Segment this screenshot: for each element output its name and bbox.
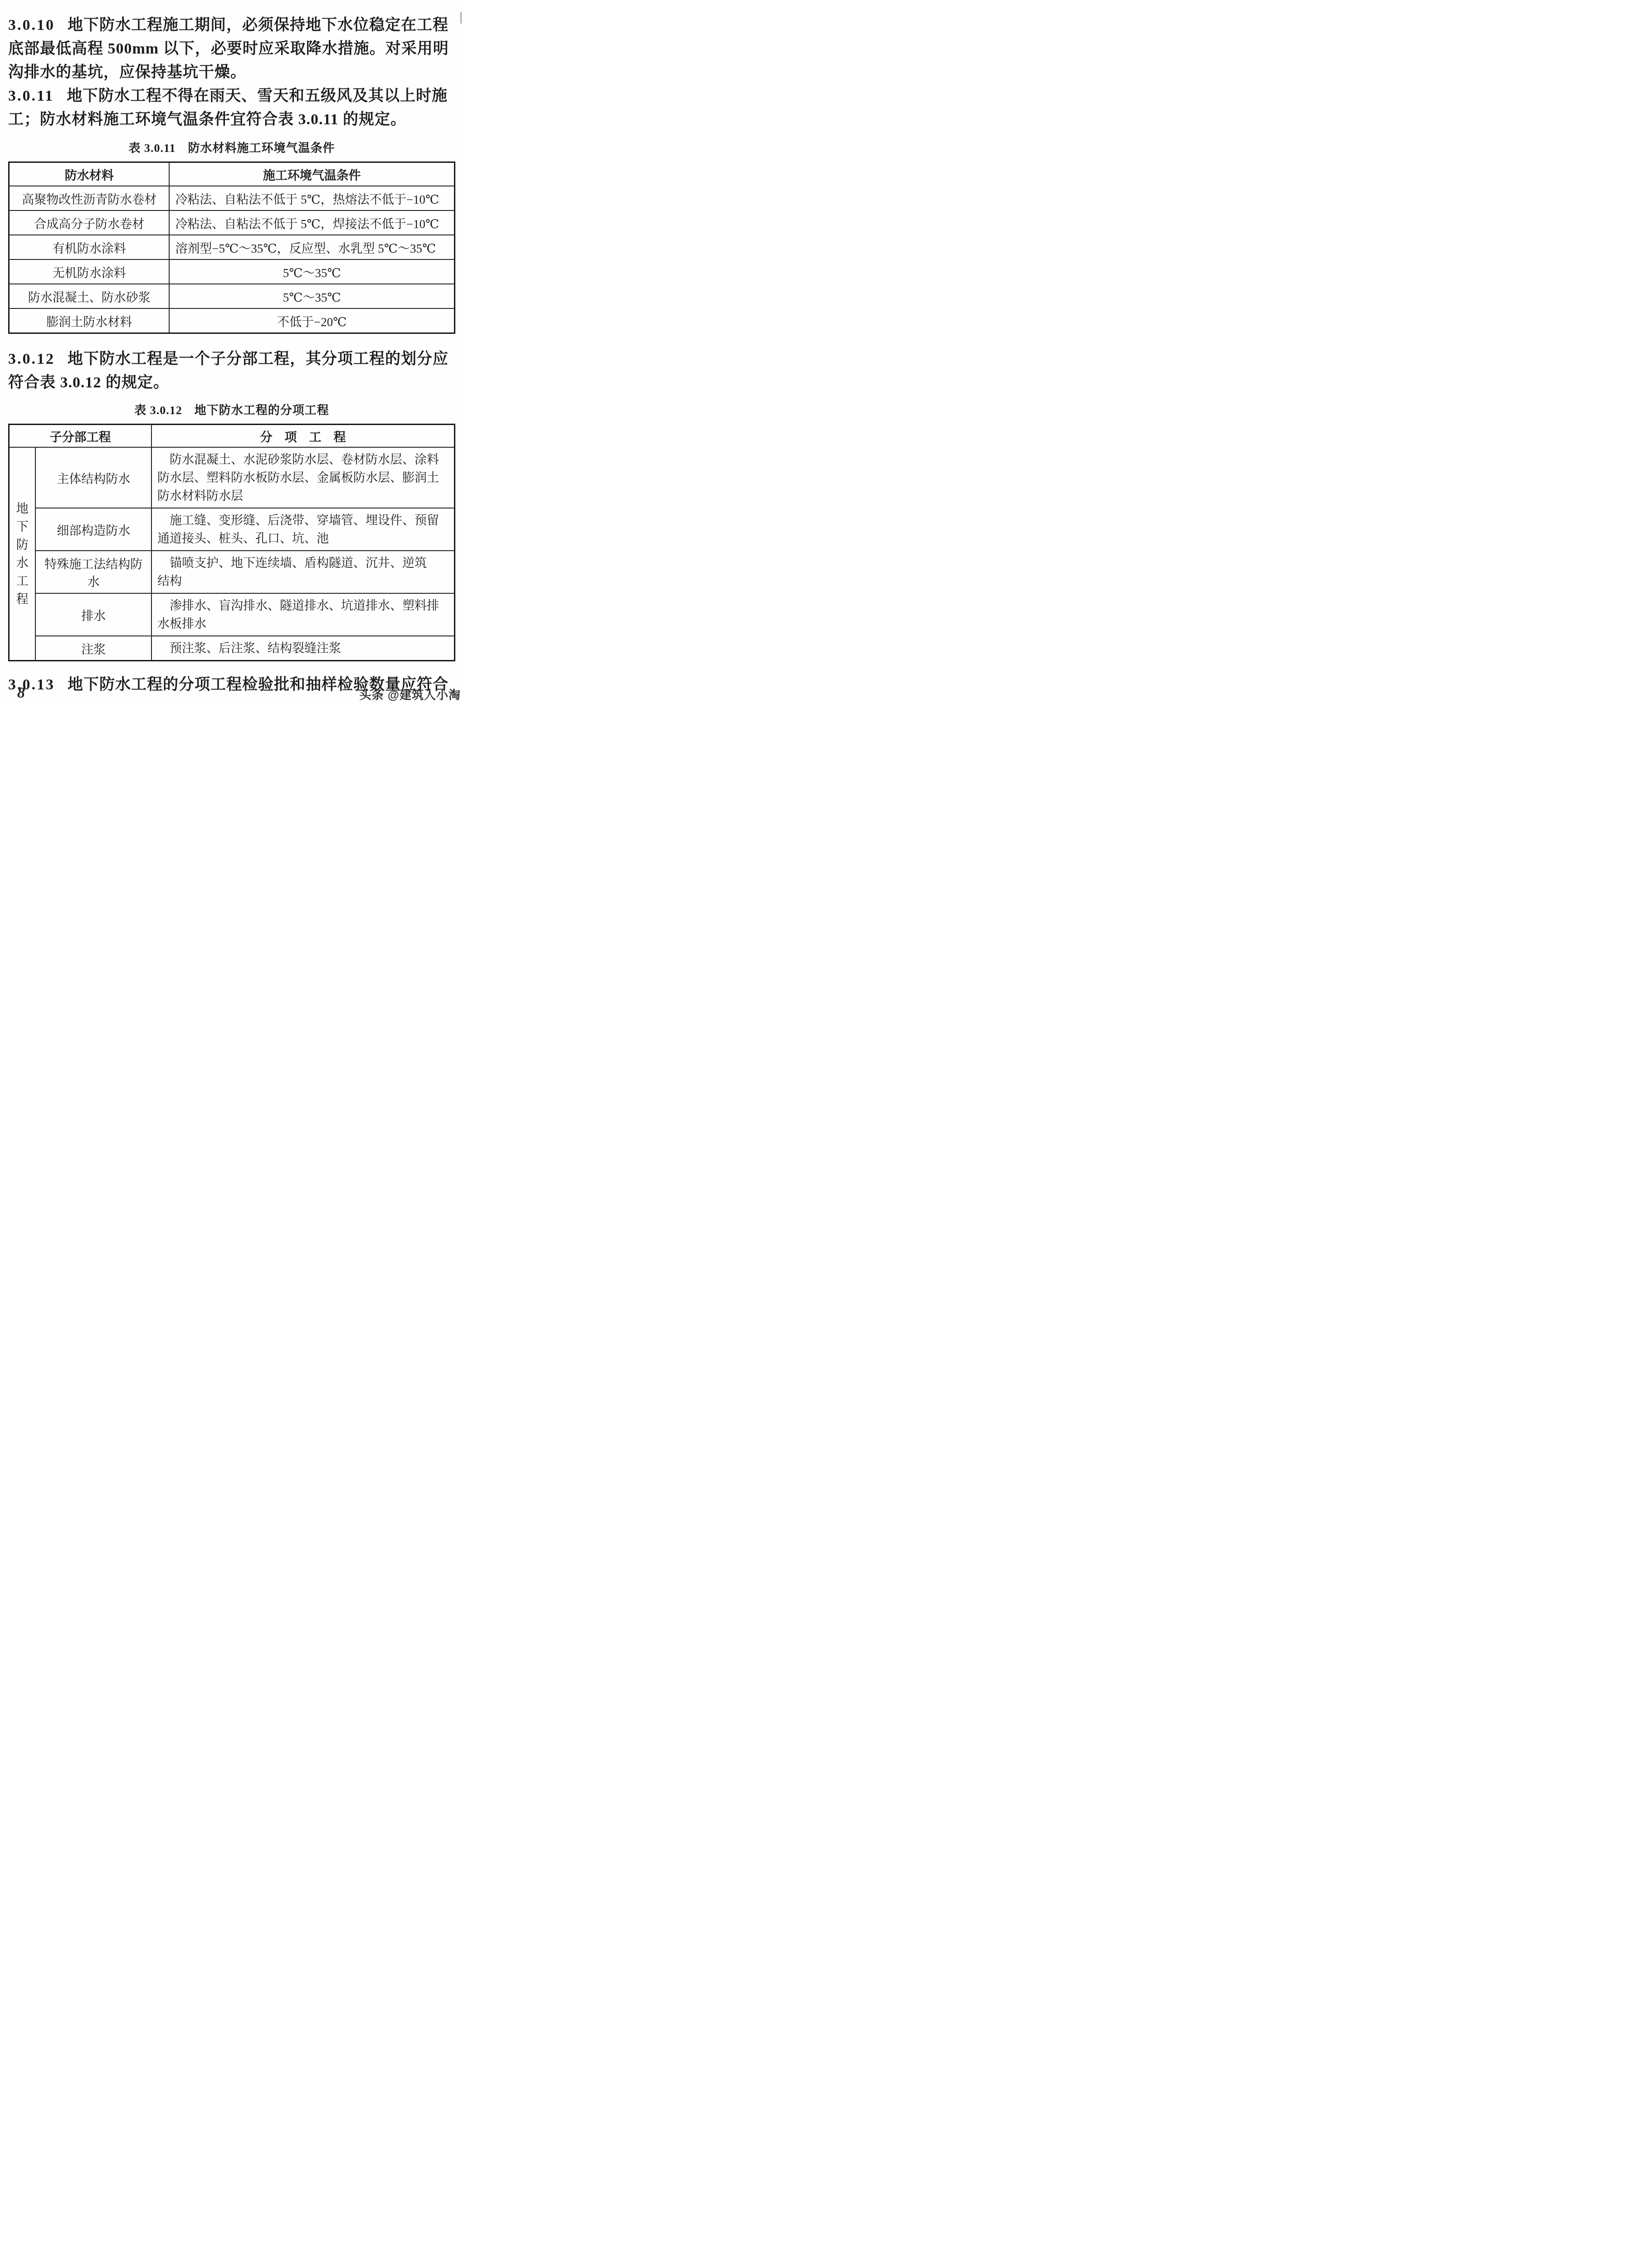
material-cell: 高聚物改性沥青防水卷材 <box>9 186 170 210</box>
table-row: 高聚物改性沥青防水卷材 冷粘法、自粘法不低于 5℃，热熔法不低于−10℃ <box>9 186 455 210</box>
sub-division-cell: 特殊施工法结构防水 <box>35 551 151 593</box>
items-line: 水板排水 <box>157 615 449 633</box>
table-row: 有机防水涂料 溶剂型−5℃～35℃，反应型、水乳型 5℃～35℃ <box>9 235 455 259</box>
sub-items-cell: 预注浆、后注浆、结构裂缝注浆 <box>151 636 454 661</box>
clause-line: 3.0.12地下防水工程是一个子分部工程，其分项工程的划分应 <box>8 347 455 371</box>
items-line: 防水材料防水层 <box>157 487 449 505</box>
material-cell: 合成高分子防水卷材 <box>9 210 170 235</box>
table-3-0-12: 子分部工程 分 项 工 程 地下防水工程 主体结构防水 防水混凝土、水泥砂浆防水… <box>8 424 455 661</box>
items-line: 施工缝、变形缝、后浇带、穿墙管、埋设件、预留 <box>157 511 449 529</box>
clause-line: 沟排水的基坑，应保持基坑干燥。 <box>8 61 455 84</box>
condition-cell: 5℃～35℃ <box>169 284 454 308</box>
material-cell: 防水混凝土、防水砂浆 <box>9 284 170 308</box>
clause-text: 地下防水工程是一个子分部工程，其分项工程的划分应 <box>68 351 449 367</box>
watermark-text: 头条 @建筑人小淘 <box>359 686 461 703</box>
table-3-0-12-title: 表 3.0.12 地下防水工程的分项工程 <box>8 403 455 418</box>
clause-number: 3.0.12 <box>8 351 55 367</box>
table-row: 膨润土防水材料 不低于−20℃ <box>9 308 455 333</box>
clause-line: 3.0.11地下防水工程不得在雨天、雪天和五级风及其以上时施 <box>8 84 455 108</box>
table-row: 细部构造防水 施工缝、变形缝、后浇带、穿墙管、埋设件、预留 通道接头、桩头、孔口… <box>9 508 455 551</box>
scan-artifact-line <box>460 12 462 24</box>
clause-3-0-11: 3.0.11地下防水工程不得在雨天、雪天和五级风及其以上时施 工；防水材料施工环… <box>8 84 455 132</box>
clause-line: 符合表 3.0.12 的规定。 <box>8 371 455 395</box>
clause-line: 工；防水材料施工环境气温条件宜符合表 3.0.11 的规定。 <box>8 108 455 132</box>
sub-division-cell: 细部构造防水 <box>35 508 151 551</box>
group-label-vertical: 地下防水工程 <box>9 447 36 661</box>
clause-line: 3.0.10地下防水工程施工期间，必须保持地下水位稳定在工程 <box>8 14 455 37</box>
clause-number: 3.0.11 <box>8 88 54 104</box>
clause-text: 地下防水工程施工期间，必须保持地下水位稳定在工程 <box>68 17 449 34</box>
condition-cell: 5℃～35℃ <box>169 259 454 284</box>
sub-items-cell: 防水混凝土、水泥砂浆防水层、卷材防水层、涂料 防水层、塑料防水板防水层、金属板防… <box>151 447 454 508</box>
header-material: 防水材料 <box>9 162 170 186</box>
sub-items-cell: 施工缝、变形缝、后浇带、穿墙管、埋设件、预留 通道接头、桩头、孔口、坑、池 <box>151 508 454 551</box>
sub-division-cell: 注浆 <box>35 636 151 661</box>
table-3-0-11: 防水材料 施工环境气温条件 高聚物改性沥青防水卷材 冷粘法、自粘法不低于 5℃，… <box>8 161 455 334</box>
condition-cell: 不低于−20℃ <box>169 308 454 333</box>
table-header-row: 子分部工程 分 项 工 程 <box>9 425 455 448</box>
table-row: 无机防水涂料 5℃～35℃ <box>9 259 455 284</box>
header-sub-division: 子分部工程 <box>9 425 152 448</box>
items-line: 预注浆、后注浆、结构裂缝注浆 <box>157 639 449 657</box>
table-header-row: 防水材料 施工环境气温条件 <box>9 162 455 186</box>
table-row: 防水混凝土、防水砂浆 5℃～35℃ <box>9 284 455 308</box>
header-sub-items: 分 项 工 程 <box>151 425 454 448</box>
clause-text: 地下防水工程不得在雨天、雪天和五级风及其以上时施 <box>67 88 448 104</box>
page-number: 8 <box>17 684 25 702</box>
table-row: 特殊施工法结构防水 锚喷支护、地下连续墙、盾构隧道、沉井、逆筑 结构 <box>9 551 455 593</box>
items-line: 防水层、塑料防水板防水层、金属板防水层、膨润土 <box>157 469 449 487</box>
items-line: 结构 <box>157 572 449 590</box>
items-line: 锚喷支护、地下连续墙、盾构隧道、沉井、逆筑 <box>157 554 449 572</box>
items-line: 防水混凝土、水泥砂浆防水层、卷材防水层、涂料 <box>157 450 449 469</box>
sub-division-cell: 排水 <box>35 593 151 636</box>
clause-3-0-10: 3.0.10地下防水工程施工期间，必须保持地下水位稳定在工程 底部最低高程 50… <box>8 14 455 84</box>
table-row: 地下防水工程 主体结构防水 防水混凝土、水泥砂浆防水层、卷材防水层、涂料 防水层… <box>9 447 455 508</box>
sub-division-cell: 主体结构防水 <box>35 447 151 508</box>
items-line: 渗排水、盲沟排水、隧道排水、坑道排水、塑料排 <box>157 596 449 615</box>
items-line: 通道接头、桩头、孔口、坑、池 <box>157 529 449 547</box>
table-row: 合成高分子防水卷材 冷粘法、自粘法不低于 5℃，焊接法不低于−10℃ <box>9 210 455 235</box>
condition-cell: 溶剂型−5℃～35℃，反应型、水乳型 5℃～35℃ <box>169 235 454 259</box>
condition-cell: 冷粘法、自粘法不低于 5℃，焊接法不低于−10℃ <box>169 210 454 235</box>
table-row: 注浆 预注浆、后注浆、结构裂缝注浆 <box>9 636 455 661</box>
clause-line: 底部最低高程 500mm 以下，必要时应采取降水措施。对采用明 <box>8 37 455 61</box>
material-cell: 膨润土防水材料 <box>9 308 170 333</box>
condition-cell: 冷粘法、自粘法不低于 5℃，热熔法不低于−10℃ <box>169 186 454 210</box>
table-row: 排水 渗排水、盲沟排水、隧道排水、坑道排水、塑料排 水板排水 <box>9 593 455 636</box>
clause-number: 3.0.10 <box>8 17 55 34</box>
document-page: 3.0.10地下防水工程施工期间，必须保持地下水位稳定在工程 底部最低高程 50… <box>0 0 464 704</box>
material-cell: 无机防水涂料 <box>9 259 170 284</box>
sub-items-cell: 锚喷支护、地下连续墙、盾构隧道、沉井、逆筑 结构 <box>151 551 454 593</box>
clause-3-0-12: 3.0.12地下防水工程是一个子分部工程，其分项工程的划分应 符合表 3.0.1… <box>8 347 455 395</box>
table-3-0-11-title: 表 3.0.11 防水材料施工环境气温条件 <box>8 141 455 156</box>
material-cell: 有机防水涂料 <box>9 235 170 259</box>
clause-number: 3.0.13 <box>8 676 55 693</box>
sub-items-cell: 渗排水、盲沟排水、隧道排水、坑道排水、塑料排 水板排水 <box>151 593 454 636</box>
header-condition: 施工环境气温条件 <box>169 162 454 186</box>
